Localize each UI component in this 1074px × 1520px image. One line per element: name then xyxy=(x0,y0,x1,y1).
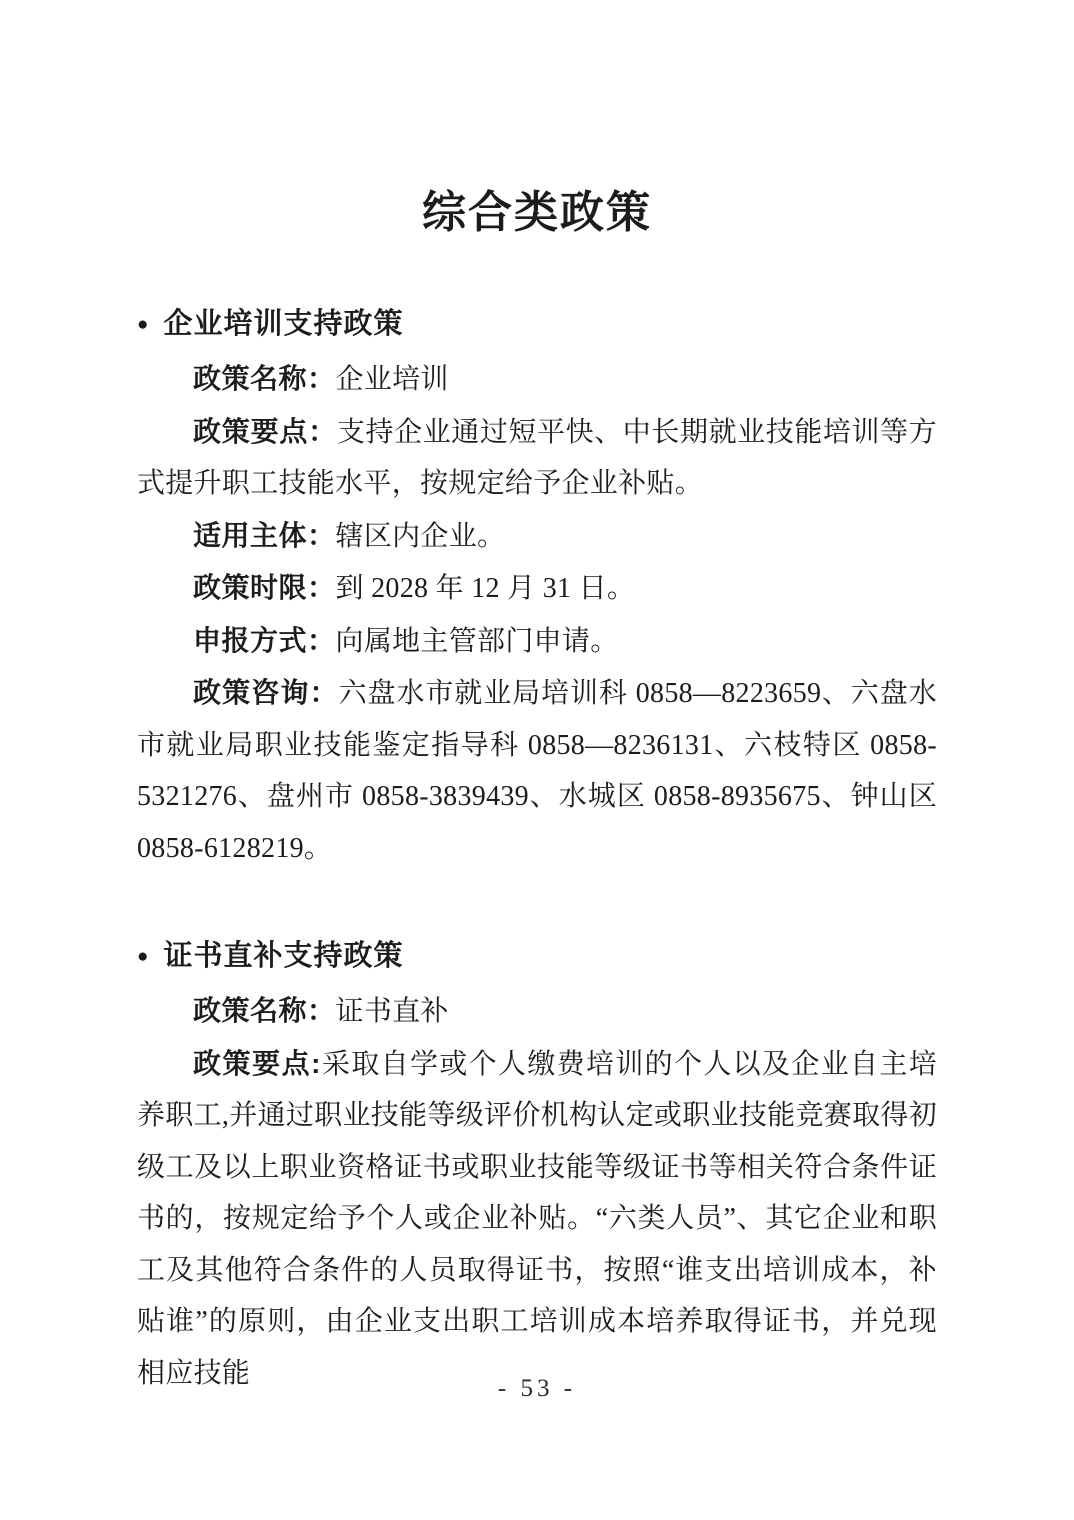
field-label: 申报方式： xyxy=(193,625,336,656)
section-heading: ●企业培训支持政策 xyxy=(137,298,937,351)
application-method-field: 申报方式：向属地主管部门申请。 xyxy=(137,615,937,668)
field-text: 到 2028 年 12 月 31 日。 xyxy=(336,573,636,604)
page-title: 综合类政策 xyxy=(0,0,1074,238)
bullet-icon: ● xyxy=(137,931,148,983)
page-number: - 53 - xyxy=(0,1375,1074,1403)
field-text: 采取自学或个人缴费培训的个人以及企业自主培养职工,并通过职业技能等级评价机构认定… xyxy=(137,1049,937,1389)
policy-consultation-field: 政策咨询：六盘水市就业局培训科 0858—8223659、六盘水市就业局职业技能… xyxy=(137,667,937,874)
policy-section-certificate-subsidy: ●证书直补支持政策 政策名称：证书直补 政策要点:采取自学或个人缴费培训的个人以… xyxy=(137,930,937,1399)
policy-section-enterprise-training: ●企业培训支持政策 政策名称：企业培训 政策要点：支持企业通过短平快、中长期就业… xyxy=(137,298,937,874)
field-text: 证书直补 xyxy=(336,996,449,1027)
section-heading-text: 证书直补支持政策 xyxy=(163,940,403,972)
field-label: 政策名称： xyxy=(193,363,336,394)
policy-name-field: 政策名称：证书直补 xyxy=(137,985,937,1038)
bullet-icon: ● xyxy=(137,299,148,351)
field-label: 政策时限： xyxy=(193,572,336,603)
field-text: 向属地主管部门申请。 xyxy=(336,626,619,657)
field-label: 政策要点: xyxy=(193,1048,321,1079)
section-heading-text: 企业培训支持政策 xyxy=(163,308,403,340)
field-label: 适用主体： xyxy=(193,520,336,551)
applicable-subject-field: 适用主体：辖区内企业。 xyxy=(137,510,937,563)
policy-name-field: 政策名称：企业培训 xyxy=(137,353,937,406)
field-label: 政策要点： xyxy=(193,416,337,447)
policy-points-field: 政策要点:采取自学或个人缴费培训的个人以及企业自主培养职工,并通过职业技能等级评… xyxy=(137,1038,937,1400)
policy-deadline-field: 政策时限：到 2028 年 12 月 31 日。 xyxy=(137,562,937,615)
field-text: 辖区内企业。 xyxy=(336,521,506,552)
policy-points-field: 政策要点：支持企业通过短平快、中长期就业技能培训等方式提升职工技能水平，按规定给… xyxy=(137,406,937,510)
field-label: 政策名称： xyxy=(193,995,336,1026)
section-heading: ●证书直补支持政策 xyxy=(137,930,937,983)
field-text: 企业培训 xyxy=(336,364,449,395)
page-content: ●企业培训支持政策 政策名称：企业培训 政策要点：支持企业通过短平快、中长期就业… xyxy=(137,298,937,1399)
field-label: 政策咨询： xyxy=(193,677,339,708)
document-page: 综合类政策 ●企业培训支持政策 政策名称：企业培训 政策要点：支持企业通过短平快… xyxy=(0,0,1074,1520)
